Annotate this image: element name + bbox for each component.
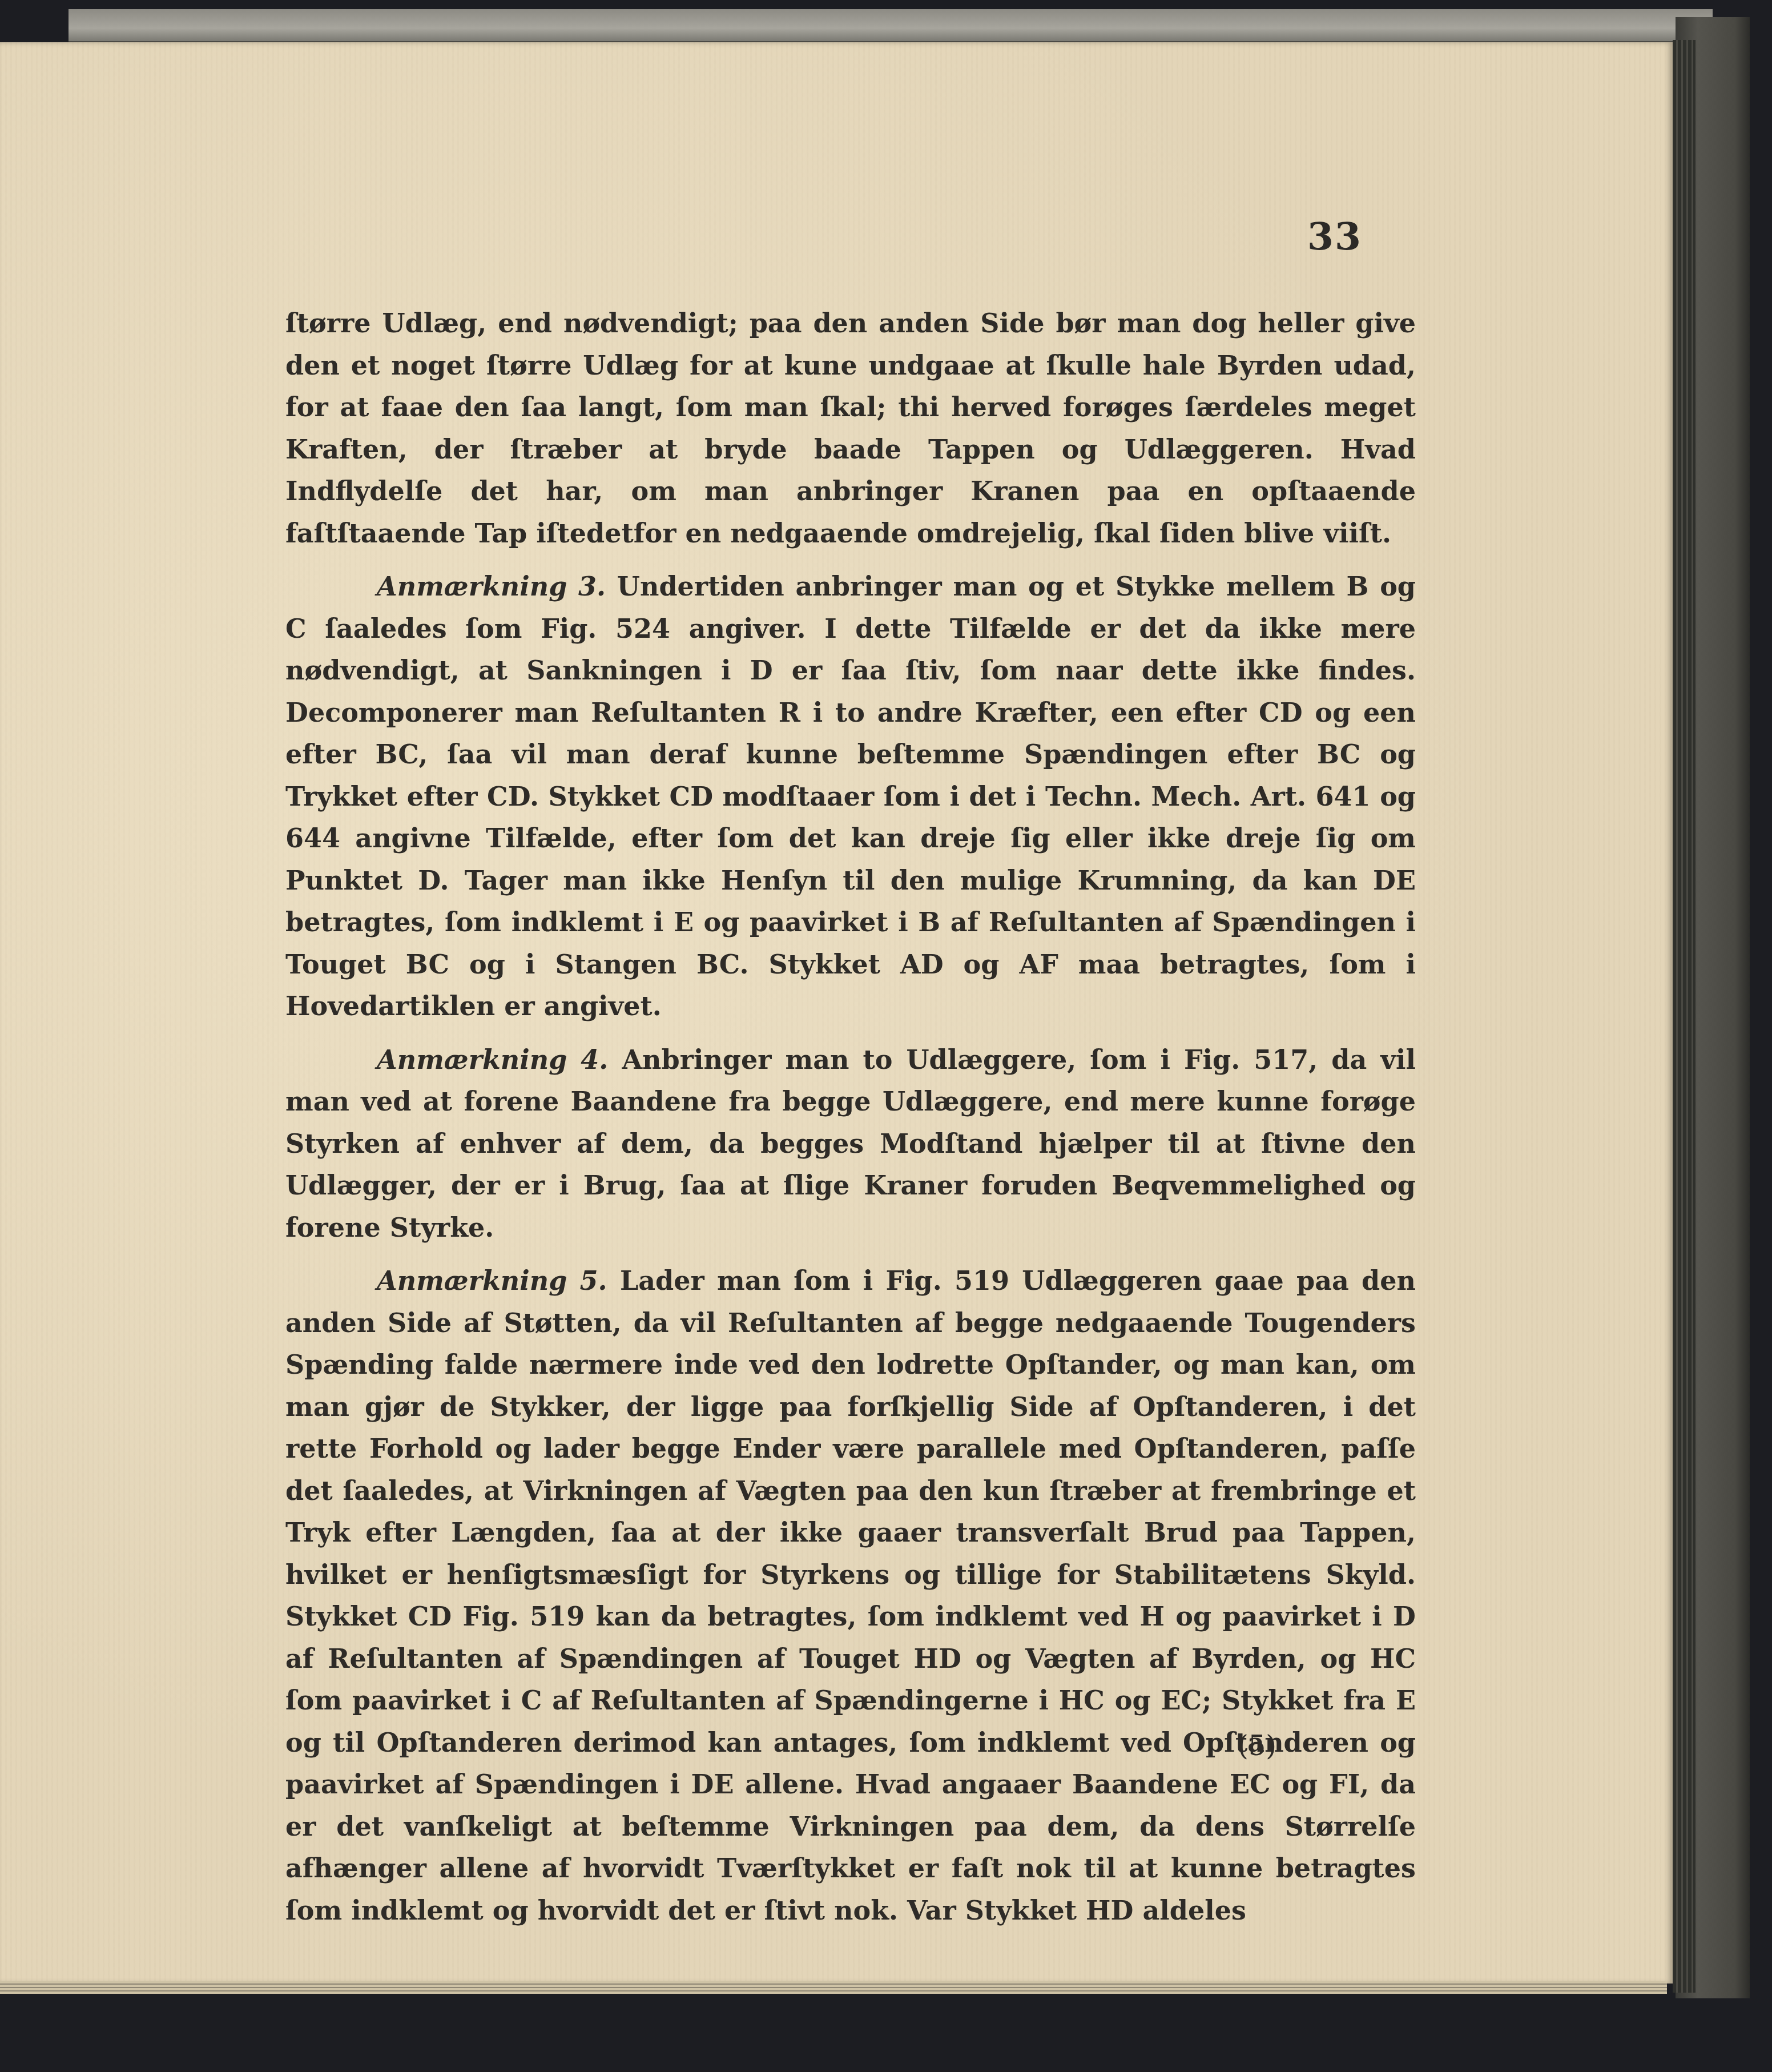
paragraph-anmaerkning-5: Anmærkning 5. Lader man ſom i Fig. 519 U…: [285, 1260, 1416, 1932]
paragraph-anmaerkning-3: Anmærkning 3. Undertiden anbringer man o…: [285, 566, 1416, 1028]
signature-mark: (5): [1238, 1730, 1276, 1762]
page-stack-bottom-edge: [0, 1981, 1667, 1994]
paragraph-text: Lader man ſom i Fig. 519 Udlæggeren gaae…: [285, 1265, 1416, 1926]
page-number: 33: [1307, 214, 1362, 259]
paragraph-text: ſtørre Udlæg, end nødvendigt; paa den an…: [285, 308, 1416, 549]
paragraph-heading: Anmærkning 4.: [377, 1044, 622, 1075]
paragraph-heading: Anmærkning 3.: [377, 571, 617, 602]
page-stack-edge: [1673, 40, 1696, 1993]
paragraph-continuation: ſtørre Udlæg, end nødvendigt; paa den an…: [285, 303, 1416, 554]
page-body-text: ſtørre Udlæg, end nødvendigt; paa den an…: [285, 303, 1416, 1932]
paragraph-anmaerkning-4: Anmærkning 4. Anbringer man to Udlæggere…: [285, 1039, 1416, 1249]
paragraph-text: Undertiden anbringer man og et Stykke me…: [285, 571, 1416, 1021]
book-cover-top-edge: [69, 9, 1713, 45]
paragraph-heading: Anmærkning 5.: [377, 1265, 620, 1296]
